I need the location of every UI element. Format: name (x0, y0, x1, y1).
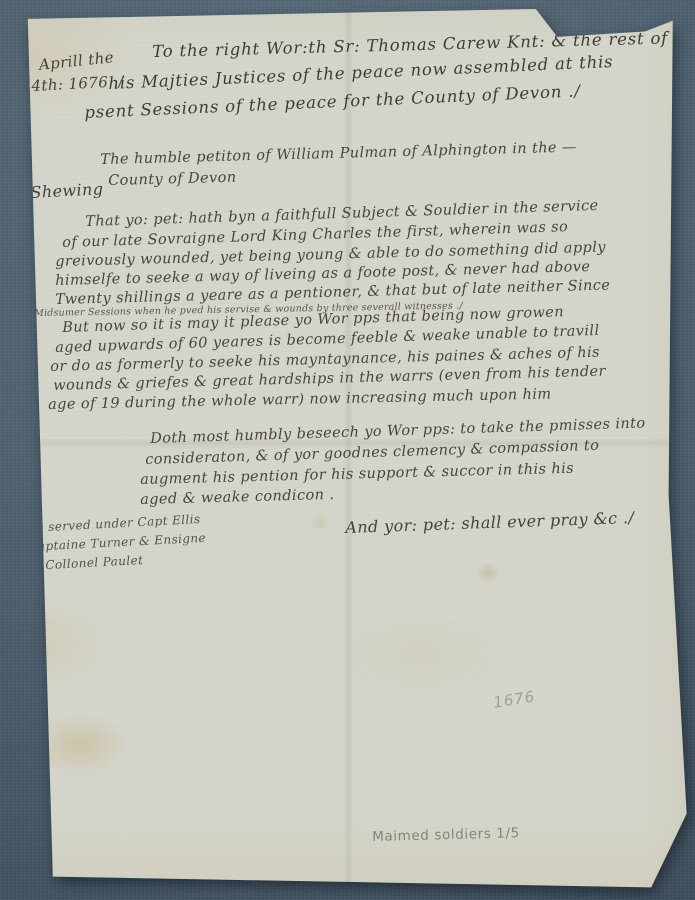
petition-title-line-2: County of Devon (108, 170, 237, 189)
service-note-line-3: to Collonel Paulet (28, 553, 144, 573)
paper-shadow: Aprill the 4th: 1676 ./ To the right Wor… (0, 0, 695, 900)
pencil-year-annotation: 1676 (492, 687, 536, 711)
plea-line-4: aged & weake condicon . (140, 487, 335, 508)
petition-title-line-1: The humble petiton of William Pulman of … (100, 140, 577, 168)
closing-line: And yor: pet: shall ever pray &c ./ (345, 508, 635, 537)
photo-background: Aprill the 4th: 1676 ./ To the right Wor… (0, 0, 695, 900)
shewing-label: Shewing (30, 179, 104, 202)
petition-document: Aprill the 4th: 1676 ./ To the right Wor… (0, 0, 695, 900)
marginal-date-line-1: Aprill the (38, 48, 115, 74)
pencil-classification-annotation: Maimed soldiers 1/5 (372, 825, 520, 845)
service-note-line-2: Captaine Turner & Ensigne (28, 531, 206, 554)
